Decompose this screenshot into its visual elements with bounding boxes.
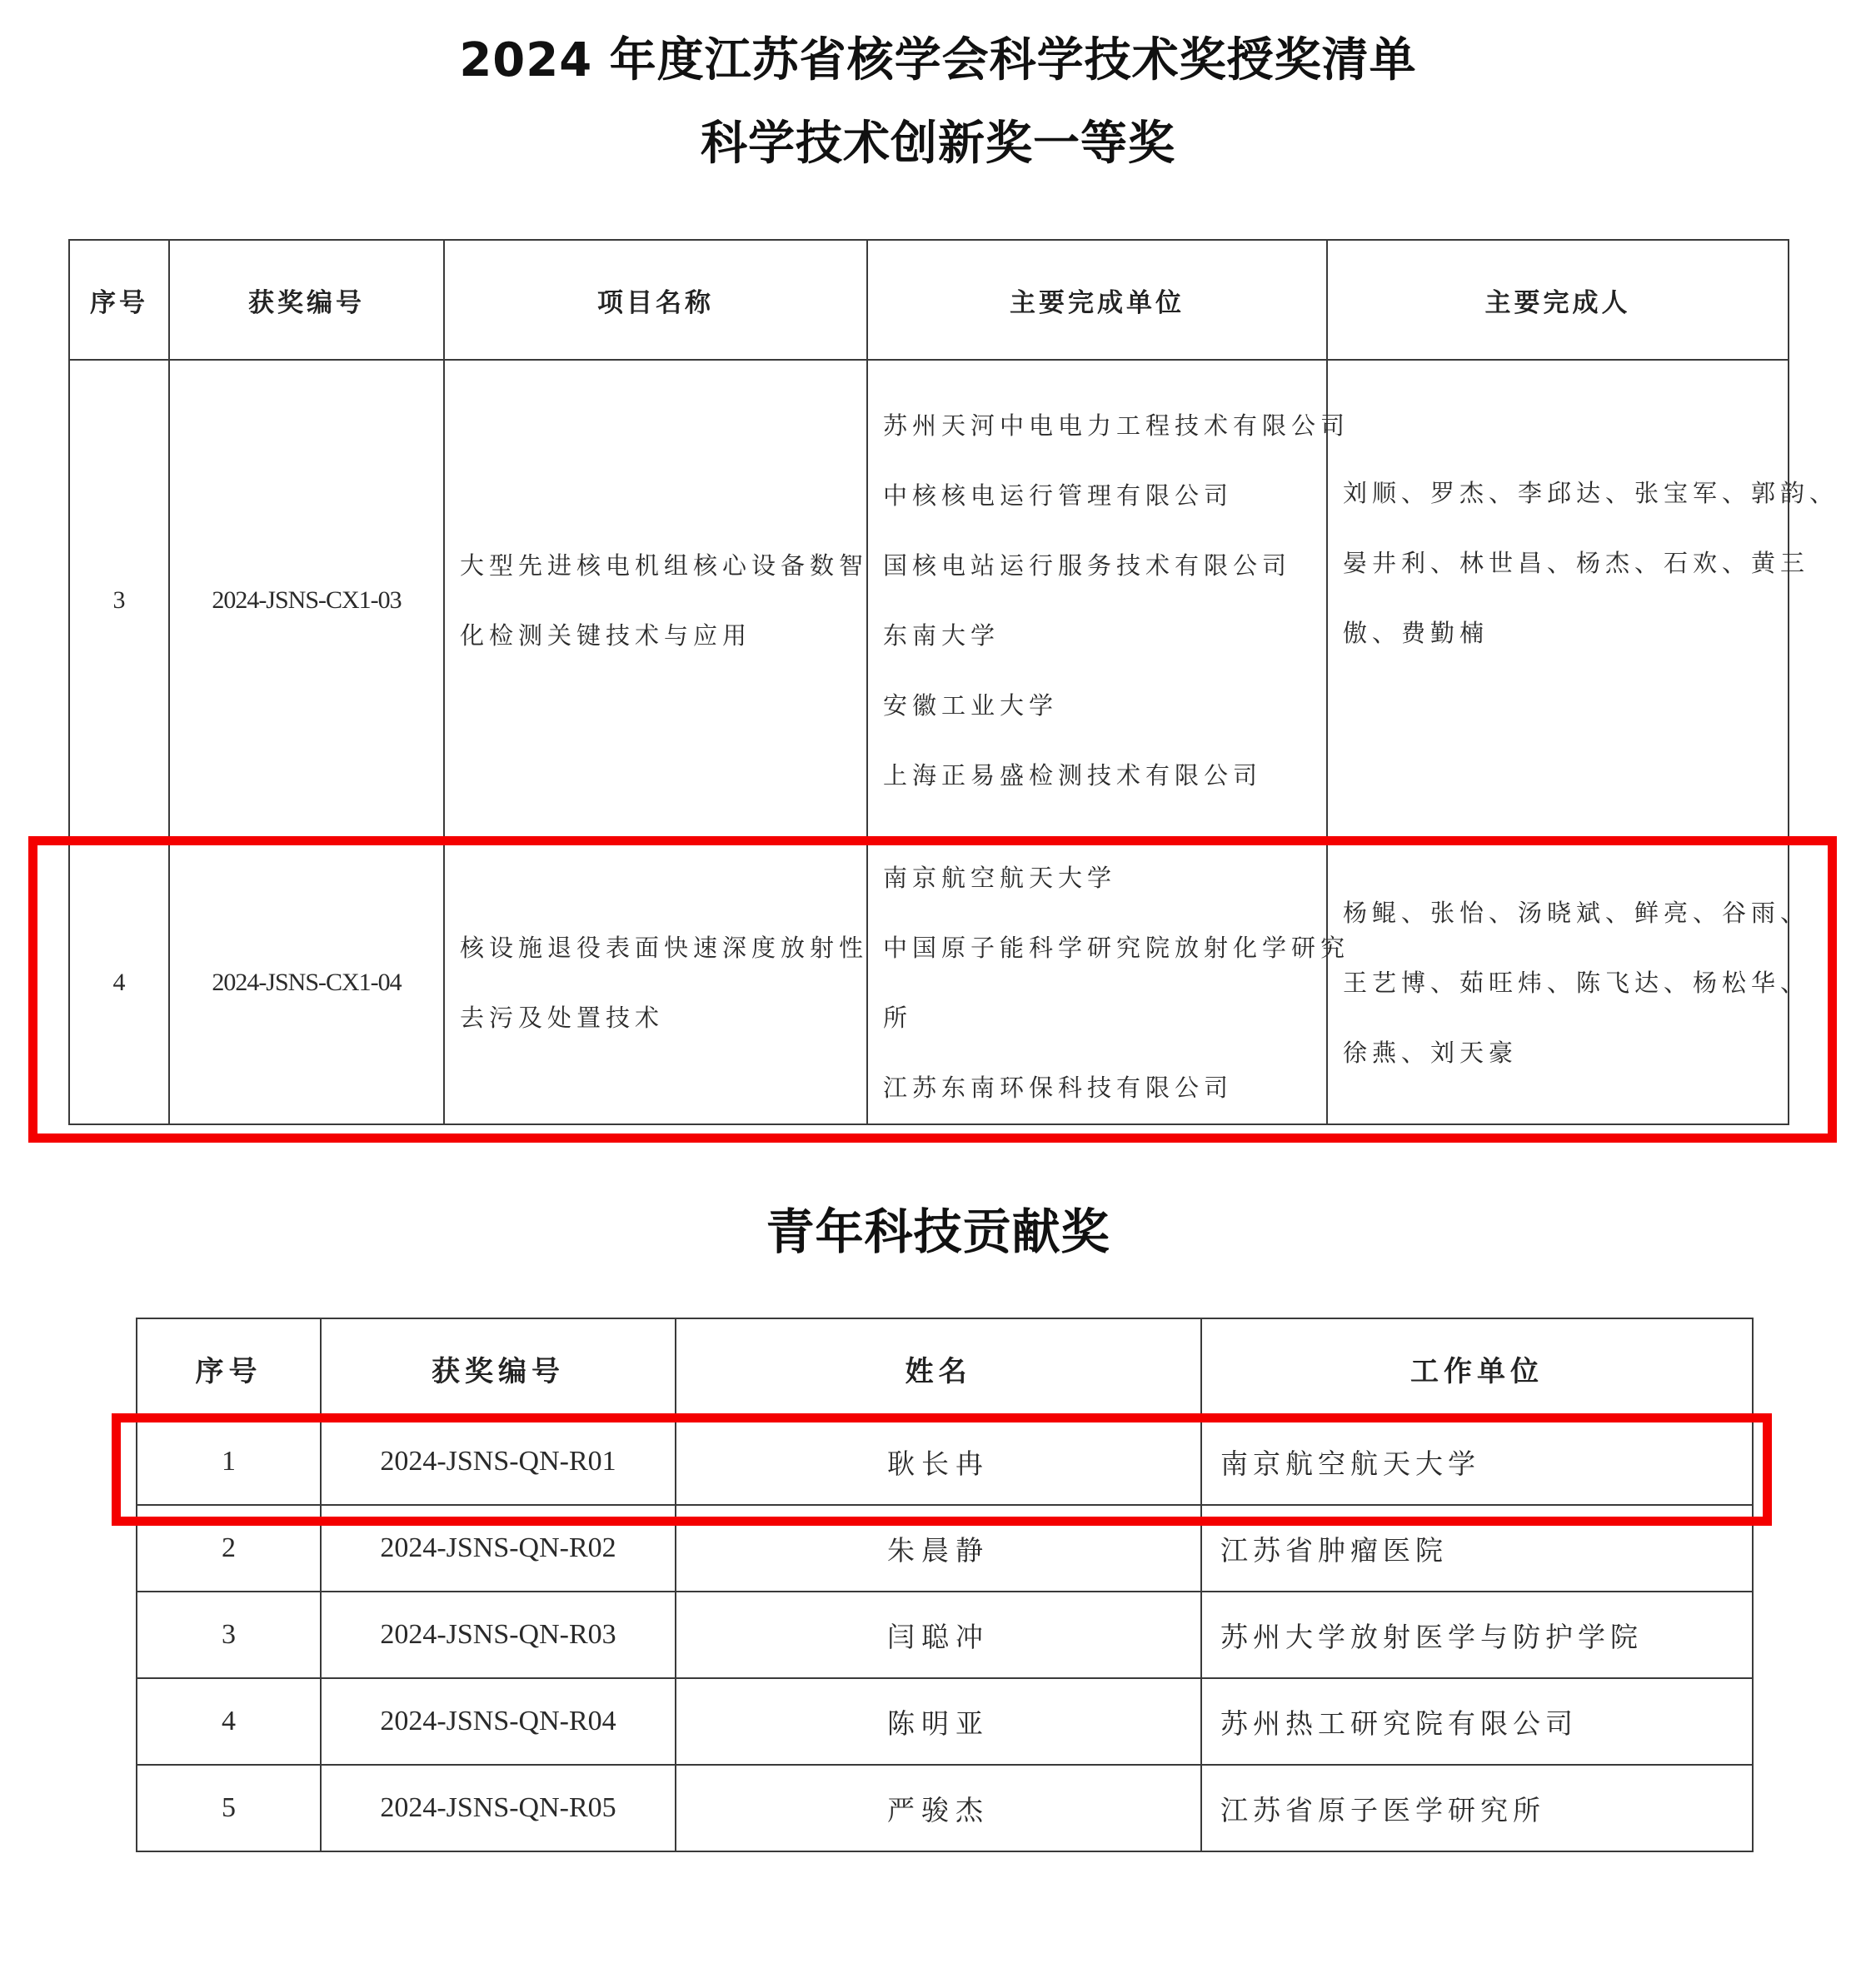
main-people: 杨鲲、张怡、汤晓斌、鲜亮、谷雨、 王艺博、茹旺炜、陈飞达、杨松华、 徐燕、刘天豪: [1327, 841, 1789, 1124]
table-row: 2 2024-JSNS-QN-R02 朱晨静 江苏省肿瘤医院: [137, 1505, 1753, 1592]
people-line: 傲、费勤楠: [1343, 598, 1773, 668]
award-code: 2024-JSNS-CX1-04: [169, 841, 444, 1124]
header-name: 姓名: [676, 1318, 1201, 1418]
header-no: 序号: [69, 240, 169, 360]
section-title-youth-award: 青年科技贡献奖: [0, 1193, 1876, 1263]
project-name-line: 核设施退役表面快速深度放射性: [460, 913, 851, 983]
row-no: 4: [69, 841, 169, 1124]
project-name: 核设施退役表面快速深度放射性 去污及处置技术: [444, 841, 867, 1124]
person-name: 耿长冉: [676, 1418, 1201, 1505]
person-name: 严骏杰: [676, 1765, 1201, 1851]
project-name-line: 大型先进核电机组核心设备数智: [460, 531, 851, 600]
main-units: 南京航空航天大学 中国原子能科学研究院放射化学研究 所 江苏东南环保科技有限公司: [867, 841, 1327, 1124]
table-row: 3 2024-JSNS-QN-R03 闫聪冲 苏州大学放射医学与防护学院: [137, 1592, 1753, 1678]
header-project-name: 项目名称: [444, 240, 867, 360]
work-unit: 苏州热工研究院有限公司: [1201, 1678, 1753, 1765]
work-unit: 南京航空航天大学: [1201, 1418, 1753, 1505]
project-name: 大型先进核电机组核心设备数智 化检测关键技术与应用: [444, 360, 867, 841]
row-no: 2: [137, 1505, 321, 1592]
person-name: 朱晨静: [676, 1505, 1201, 1592]
project-name-line: 去污及处置技术: [460, 983, 851, 1053]
table-row-highlighted: 1 2024-JSNS-QN-R01 耿长冉 南京航空航天大学: [137, 1418, 1753, 1505]
row-no: 4: [137, 1678, 321, 1765]
people-line: 徐燕、刘天豪: [1343, 1018, 1773, 1088]
project-name-line: 化检测关键技术与应用: [460, 600, 851, 670]
unit-line: 苏州天河中电电力工程技术有限公司: [883, 391, 1311, 461]
people-line: 刘顺、罗杰、李邱达、张宝军、郭韵、: [1343, 458, 1773, 528]
row-no: 5: [137, 1765, 321, 1851]
main-people: 刘顺、罗杰、李邱达、张宝军、郭韵、 晏井利、林世昌、杨杰、石欢、黄三 傲、费勤楠: [1327, 360, 1789, 841]
award-code: 2024-JSNS-QN-R02: [321, 1505, 676, 1592]
unit-line: 所: [883, 983, 1311, 1053]
row-no: 3: [69, 360, 169, 841]
main-units: 苏州天河中电电力工程技术有限公司 中核核电运行管理有限公司 国核电站运行服务技术…: [867, 360, 1327, 841]
award-code: 2024-JSNS-QN-R04: [321, 1678, 676, 1765]
unit-line: 安徽工业大学: [883, 670, 1311, 740]
award-code: 2024-JSNS-QN-R03: [321, 1592, 676, 1678]
people-line: 晏井利、林世昌、杨杰、石欢、黄三: [1343, 528, 1773, 598]
award-code: 2024-JSNS-QN-R05: [321, 1765, 676, 1851]
unit-line: 东南大学: [883, 600, 1311, 670]
table-row-highlighted: 4 2024-JSNS-CX1-04 核设施退役表面快速深度放射性 去污及处置技…: [69, 841, 1789, 1124]
table-row: 5 2024-JSNS-QN-R05 严骏杰 江苏省原子医学研究所: [137, 1765, 1753, 1851]
people-line: 杨鲲、张怡、汤晓斌、鲜亮、谷雨、: [1343, 878, 1773, 948]
award-code: 2024-JSNS-CX1-03: [169, 360, 444, 841]
work-unit: 江苏省肿瘤医院: [1201, 1505, 1753, 1592]
header-main-people: 主要完成人: [1327, 240, 1789, 360]
person-name: 陈明亚: [676, 1678, 1201, 1765]
table-row: 3 2024-JSNS-CX1-03 大型先进核电机组核心设备数智 化检测关键技…: [69, 360, 1789, 841]
table-row: 4 2024-JSNS-QN-R04 陈明亚 苏州热工研究院有限公司: [137, 1678, 1753, 1765]
award-code: 2024-JSNS-QN-R01: [321, 1418, 676, 1505]
unit-line: 中国原子能科学研究院放射化学研究: [883, 913, 1311, 983]
header-no: 序号: [137, 1318, 321, 1418]
people-line: 王艺博、茹旺炜、陈飞达、杨松华、: [1343, 948, 1773, 1018]
document-title: 2024 年度江苏省核学会科学技术奖授奖清单: [0, 23, 1876, 90]
header-award-code: 获奖编号: [321, 1318, 676, 1418]
innovation-award-table: 序号 获奖编号 项目名称 主要完成单位 主要完成人 3 2024-JSNS-CX…: [68, 239, 1789, 1125]
person-name: 闫聪冲: [676, 1592, 1201, 1678]
work-unit: 江苏省原子医学研究所: [1201, 1765, 1753, 1851]
table-header-row: 序号 获奖编号 项目名称 主要完成单位 主要完成人: [69, 240, 1789, 360]
table-header-row: 序号 获奖编号 姓名 工作单位: [137, 1318, 1753, 1418]
unit-line: 江苏东南环保科技有限公司: [883, 1053, 1311, 1123]
row-no: 1: [137, 1418, 321, 1505]
work-unit: 苏州大学放射医学与防护学院: [1201, 1592, 1753, 1678]
header-work-unit: 工作单位: [1201, 1318, 1753, 1418]
unit-line: 上海正易盛检测技术有限公司: [883, 740, 1311, 810]
section-title-innovation-award: 科学技术创新奖一等奖: [0, 107, 1876, 173]
row-no: 3: [137, 1592, 321, 1678]
unit-line: 国核电站运行服务技术有限公司: [883, 531, 1311, 600]
unit-line: 南京航空航天大学: [883, 843, 1311, 913]
youth-award-table: 序号 获奖编号 姓名 工作单位 1 2024-JSNS-QN-R01 耿长冉 南…: [136, 1318, 1754, 1852]
unit-line: 中核核电运行管理有限公司: [883, 461, 1311, 531]
header-main-units: 主要完成单位: [867, 240, 1327, 360]
header-award-code: 获奖编号: [169, 240, 444, 360]
